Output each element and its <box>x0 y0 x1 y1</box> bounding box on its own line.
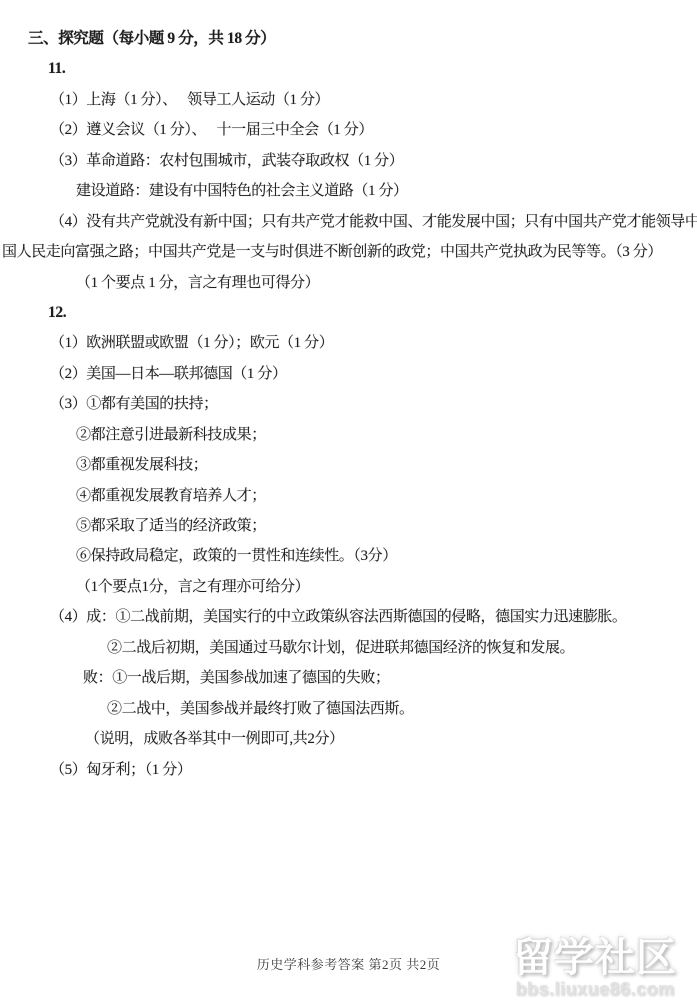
question-12-number: 12. <box>48 298 697 328</box>
answer-line-12-4-f1: 败：①一战后期，美国参战加速了德国的失败； <box>83 663 697 693</box>
answer-line-11-note: （1 个要点 1 分，言之有理也可得分） <box>76 268 697 298</box>
watermark-site-text: bbs.liuxue86.com <box>497 980 693 998</box>
answer-line-12-3-4: ④都重视发展教育培养人才； <box>76 481 697 511</box>
answer-line-11-4-cont: 国人民走向富强之路；中国共产党是一支与时俱进不断创新的政党；中国共产党执政为民等… <box>2 237 697 267</box>
answer-line-11-2: （2）遵义会议（1 分）、 十一届三中全会（1 分） <box>50 115 697 145</box>
answer-line-12-4-note: （说明，成败各举其中一例即可,共2分） <box>85 724 697 754</box>
answer-line-12-4-f2: ②二战中，美国参战并最终打败了德国法西斯。 <box>107 694 697 724</box>
answer-content: 三、探究题（每小题 9 分，共 18 分） 11. （1）上海（1 分）、 领导… <box>0 0 697 785</box>
answer-line-12-3-5: ⑤都采取了适当的经济政策； <box>76 511 697 541</box>
answer-line-12-3-1: （3）①都有美国的扶持； <box>50 389 697 419</box>
page-footer: 历史学科参考答案 第2页 共2页 <box>0 954 697 973</box>
answer-line-11-3b: 建设道路：建设有中国特色的社会主义道路（1 分） <box>76 176 697 206</box>
answer-line-12-3-6: ⑥保持政局稳定，政策的一贯性和连续性。（3分） <box>76 541 697 571</box>
answer-line-12-3-2: ②都注意引进最新科技成果； <box>76 420 697 450</box>
answer-line-12-1: （1）欧洲联盟或欧盟（1 分）；欧元（1 分） <box>50 328 697 358</box>
answer-line-12-3-note: （1个要点1分，言之有理亦可给分） <box>76 572 697 602</box>
section-heading: 三、探究题（每小题 9 分，共 18 分） <box>28 24 697 54</box>
answer-line-11-4: （4）没有共产党就没有新中国；只有共产党才能救中国、才能发展中国；只有中国共产党… <box>50 207 697 237</box>
answer-line-12-3-3: ③都重视发展科技； <box>76 450 697 480</box>
answer-line-12-4-s1: （4）成：①二战前期，美国实行的中立政策纵容法西斯德国的侵略，德国实力迅速膨胀。 <box>50 602 697 632</box>
answer-sheet-page: 三、探究题（每小题 9 分，共 18 分） 11. （1）上海（1 分）、 领导… <box>0 0 697 1006</box>
answer-line-11-3: （3）革命道路：农村包围城市，武装夺取政权（1 分） <box>50 146 697 176</box>
answer-line-12-4-s2: ②二战后初期，美国通过马歇尔计划，促进联邦德国经济的恢复和发展。 <box>107 633 697 663</box>
answer-line-12-5: （5）匈牙利；（1 分） <box>50 755 697 785</box>
answer-line-12-2: （2）美国—日本—联邦德国（1 分） <box>50 359 697 389</box>
question-11-number: 11. <box>48 54 697 84</box>
answer-line-11-1: （1）上海（1 分）、 领导工人运动（1 分） <box>50 85 697 115</box>
